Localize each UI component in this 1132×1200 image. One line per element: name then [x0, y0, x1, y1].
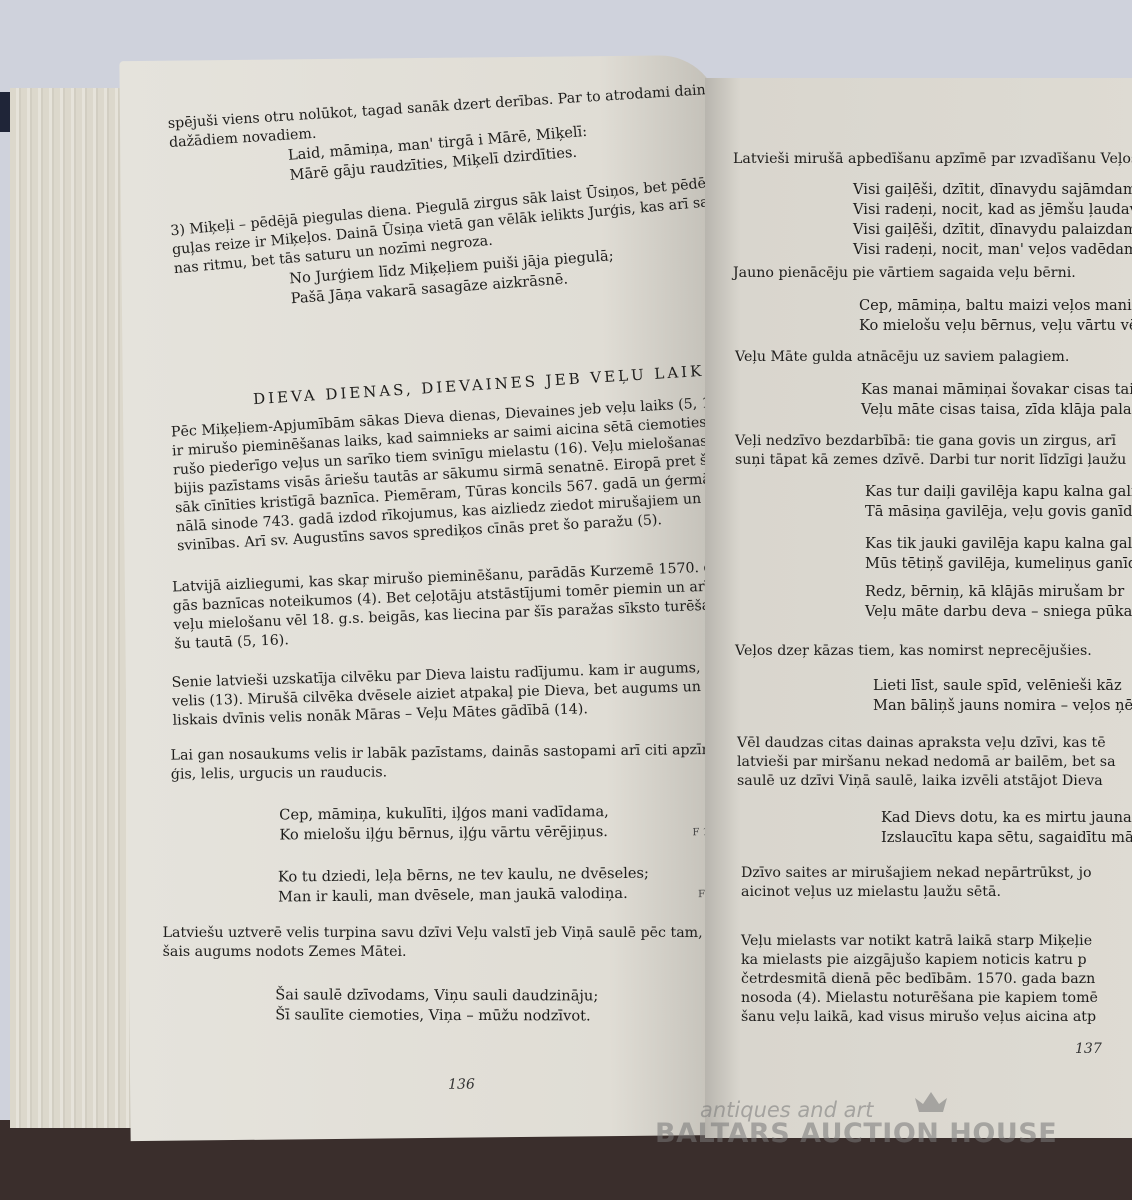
paragraph-veli: Veļi nedzīvo bezdarbībā: tie gana govis …	[735, 432, 1126, 470]
page-number-left: 136	[448, 1076, 475, 1095]
verse-4: Ko tu dziedi, leļa bērns, ne tev kaulu, …	[278, 864, 649, 908]
auction-house-watermark: antiques and art BALTARS AUCTION HOUSE	[655, 1098, 1057, 1149]
page-number-right: 137	[1075, 1040, 1102, 1059]
verse-r1: Visi gaiļēši, dzītit, dīnavydu sajāmdami…	[853, 180, 1132, 260]
verse-r8: Kad Dievs dotu, ka es mirtu jauna Izslau…	[881, 808, 1132, 848]
paragraph-dzivo-saites: Dzīvo saites ar mirušajiem nekad nepārtr…	[741, 864, 1092, 902]
left-page: spējuši viens otru nolūkot, tagad sanāk …	[119, 55, 730, 1141]
right-page: Latvieši mirušā apbedīšanu apzīmē par ız…	[705, 78, 1132, 1138]
page-edges	[10, 88, 131, 1128]
paragraph-senie: Senie latvieši uzskatīja cilvēku par Die…	[171, 657, 764, 730]
watermark-name: BALTARS AUCTION HOUSE	[655, 1118, 1057, 1149]
line-jauno: Jauno pienācēju pie vārtiem sagaida veļu…	[733, 264, 1076, 283]
verse-5: Šai saulē dzīvodams, Viņu sauli daudzinā…	[275, 985, 598, 1026]
paragraph-dieva-dienas: Pēc Miķeļiem-Apjumībām sākas Dieva diena…	[171, 392, 764, 557]
line-apbedisana: Latvieši mirušā apbedīšanu apzīmē par ız…	[733, 150, 1132, 169]
verse-3: Cep, māmiņa, kukulīti, iļģos mani vadīda…	[279, 802, 609, 845]
verse-r5: Kas tik jauki gavilēja kapu kalna galiņ …	[865, 534, 1132, 574]
verse-r2: Cep, māmiņa, baltu maizi veļos mani va K…	[859, 296, 1132, 336]
verse-r6: Redz, bērniņ, kā klājās mirušam br Veļu …	[865, 582, 1132, 622]
verse-r7: Lieti līst, saule spīd, velēnieši kāz Ma…	[873, 676, 1132, 716]
paragraph-lai-gan: Lai gan nosaukums velis ir labāk pazīsta…	[171, 741, 756, 785]
verse-r3: Kas manai māmiņai šovakar cisas taisa Ve…	[861, 380, 1132, 420]
crown-icon	[915, 1092, 947, 1112]
paragraph-latvija: Latvijā aizliegumi, kas skaŗ mirušo piem…	[172, 557, 770, 655]
line-velu-mate: Veļu Māte gulda atnācēju uz saviem palag…	[735, 348, 1069, 367]
paragraph-uztvere: Latviešu uztverē velis turpina savu dzīv…	[163, 924, 734, 962]
line-velos-dzer: Veļos dzeŗ kāzas tiem, kas nomirst nepre…	[735, 642, 1092, 661]
verse-r4: Kas tur daiļi gavilēja kapu kalna galiņā…	[865, 482, 1132, 522]
paragraph-velu-mielasts: Veļu mielasts var notikt katrā laikā sta…	[741, 932, 1098, 1027]
paragraph-vel-daudzas: Vēl daudzas citas dainas apraksta veļu d…	[737, 734, 1116, 791]
